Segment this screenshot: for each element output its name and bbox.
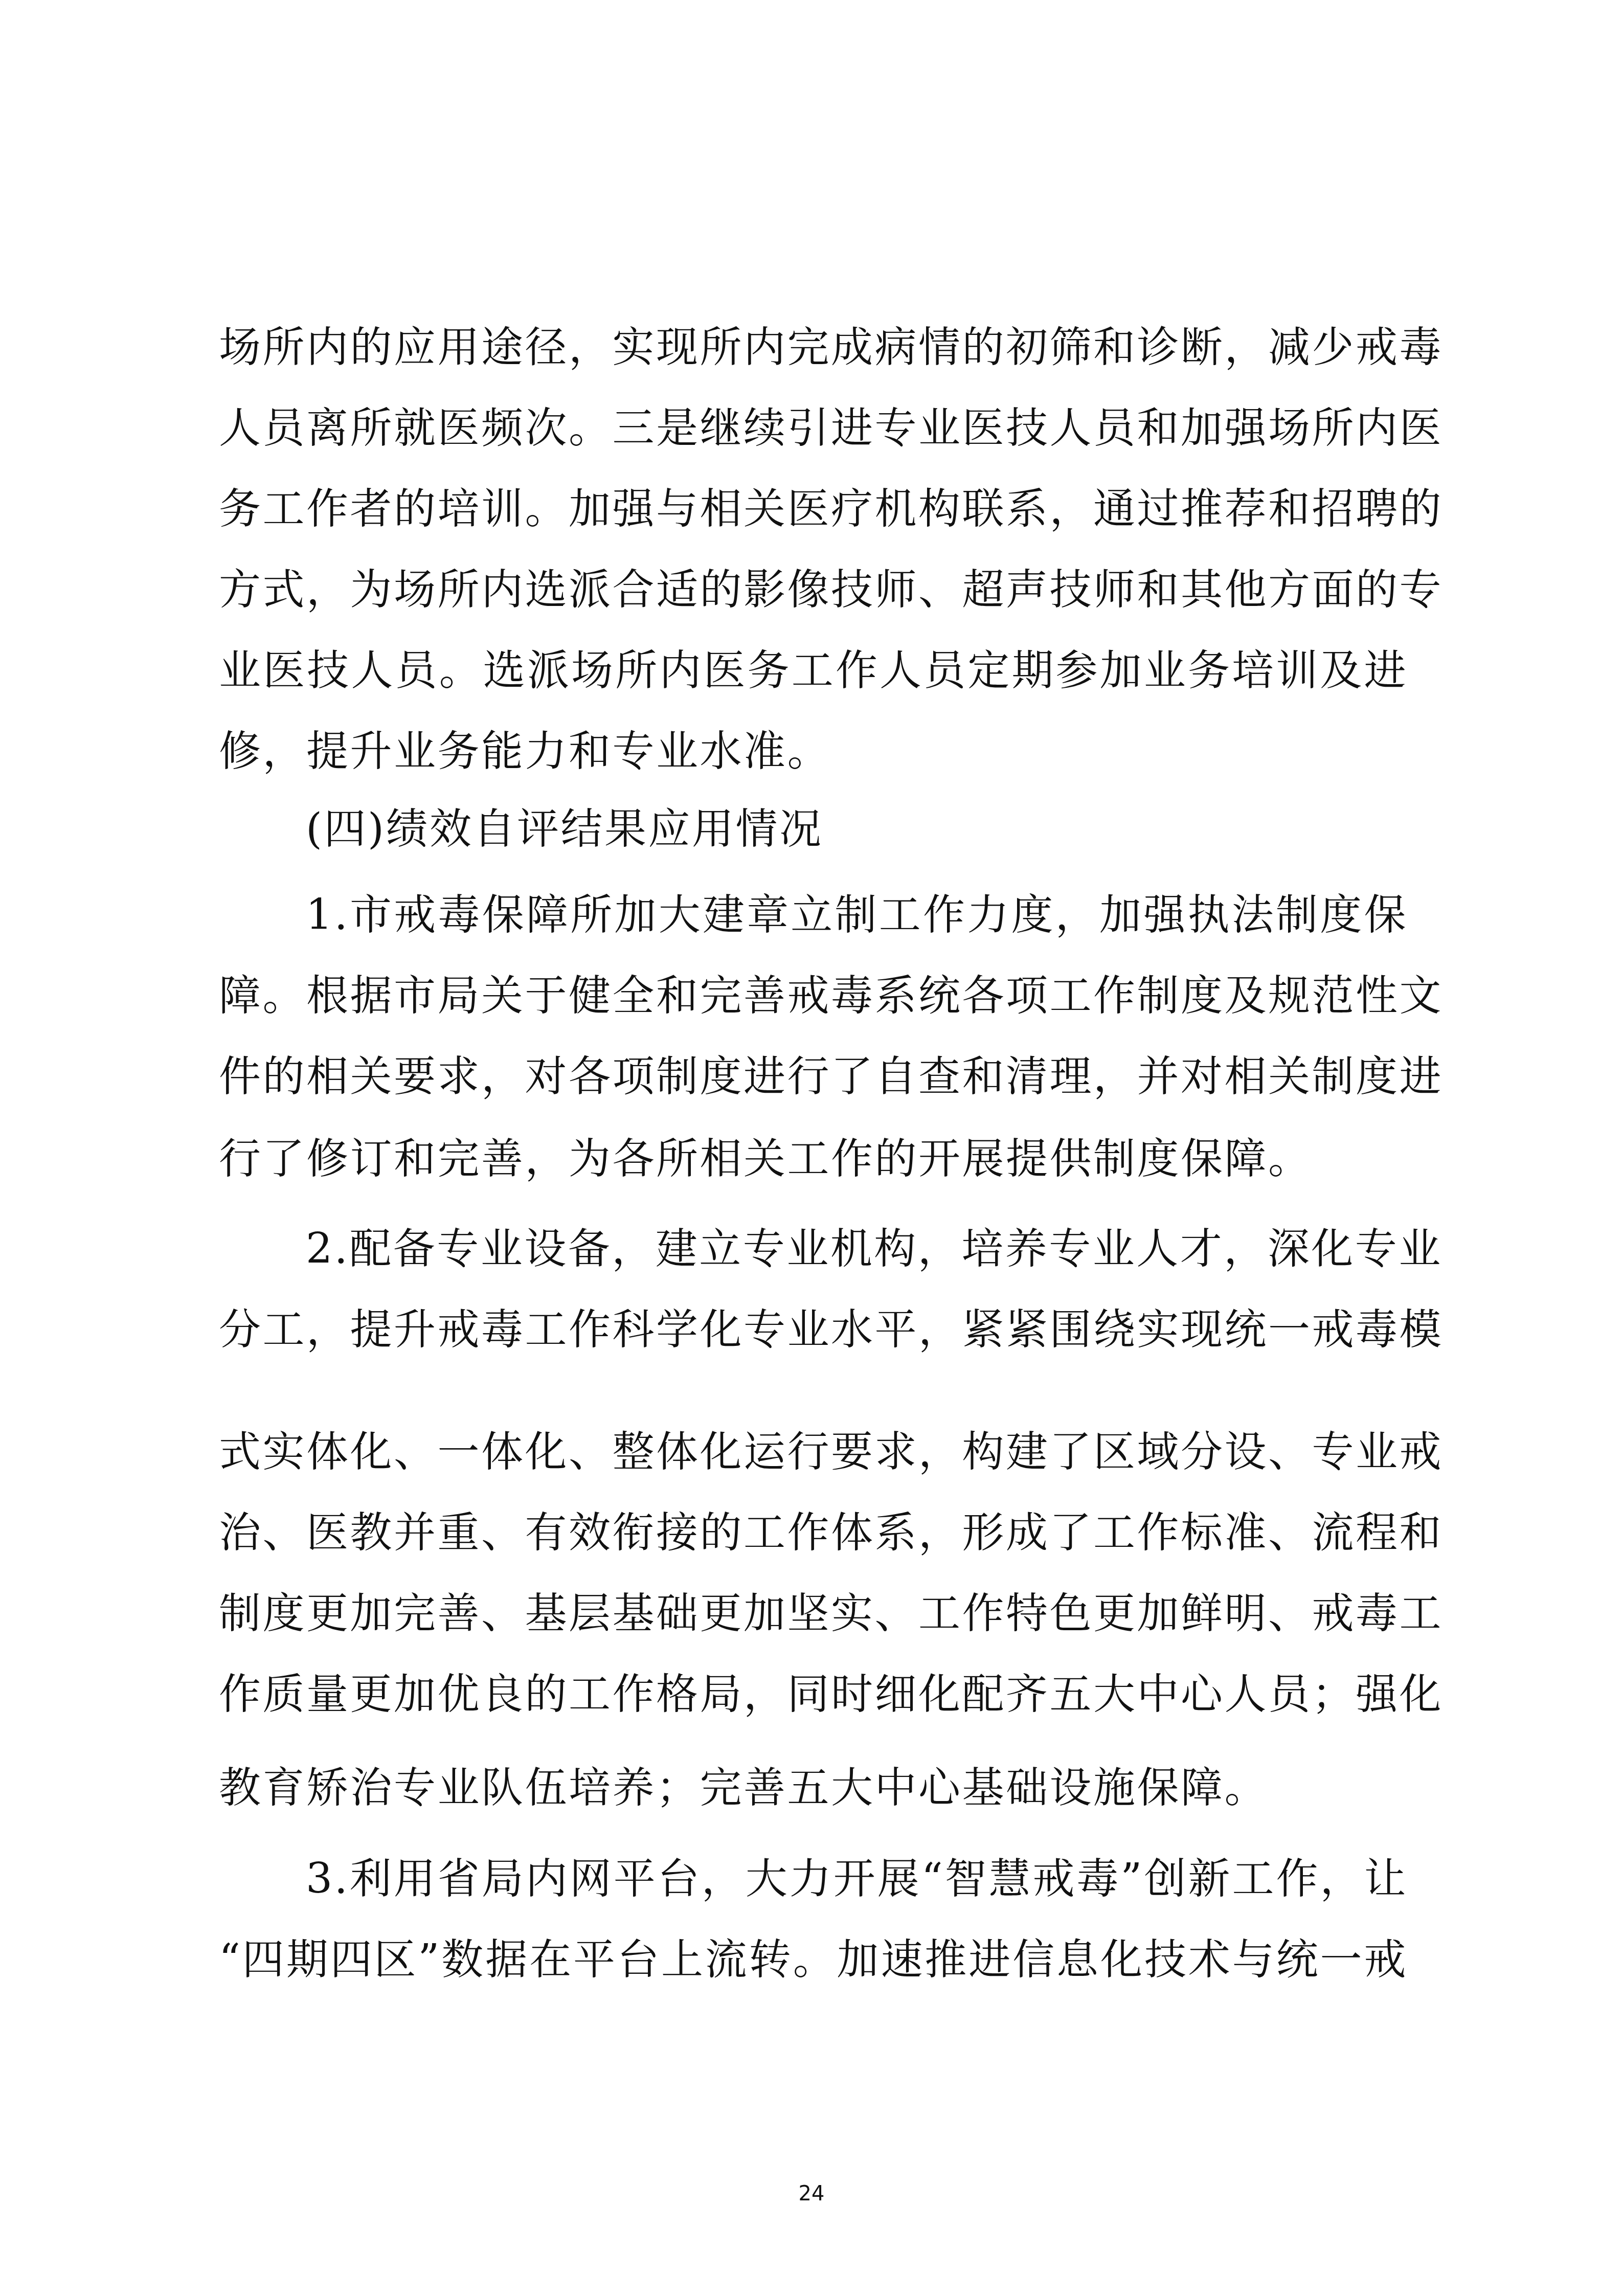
paragraph-line: “四期四区”数据在平台上流转。加速推进信息化技术与统一戒	[219, 1932, 1408, 1988]
paragraph-line: 1.市戒毒保障所加大建章立制工作力度，加强执法制度保	[306, 887, 1408, 943]
paragraph-line: 人员离所就医频次。三是继续引进专业医技人员和加强场所内医	[219, 400, 1408, 457]
page-number: 24	[0, 2181, 1623, 2207]
paragraph-line: 作质量更加优良的工作格局，同时细化配齐五大中心人员；强化	[219, 1667, 1408, 1723]
paragraph-line: 分工，提升戒毒工作科学化专业水平，紧紧围绕实现统一戒毒模	[219, 1302, 1408, 1358]
paragraph-line: 障。根据市局关于健全和完善戒毒系统各项工作制度及规范性文	[219, 968, 1408, 1024]
paragraph-line: 3.利用省局内网平台，大力开展“智慧戒毒”创新工作，让	[306, 1851, 1408, 1907]
paragraph-line: 治、医教并重、有效衔接的工作体系，形成了工作标准、流程和	[219, 1505, 1408, 1561]
section-heading: (四)绩效自评结果应用情况	[306, 801, 823, 858]
paragraph-line: 行了修订和完善，为各所相关工作的开展提供制度保障。	[219, 1131, 1312, 1187]
paragraph-line: 业医技人员。选派场所内医务工作人员定期参加业务培训及进	[219, 643, 1408, 699]
paragraph-line: 件的相关要求，对各项制度进行了自查和清理，并对相关制度进	[219, 1049, 1408, 1105]
paragraph-line: 制度更加完善、基层基础更加坚实、工作特色更加鲜明、戒毒工	[219, 1586, 1408, 1642]
paragraph-line: 方式，为场所内选派合适的影像技师、超声技师和其他方面的专	[219, 562, 1408, 618]
paragraph-line: 教育矫治专业队伍培养；完善五大中心基础设施保障。	[219, 1760, 1268, 1816]
document-page: 场所内的应用途径，实现所内完成病情的初筛和诊断，减少戒毒 人员离所就医频次。三是…	[0, 0, 1623, 2296]
paragraph-line: 式实体化、一体化、整体化运行要求，构建了区域分设、专业戒	[219, 1424, 1408, 1480]
paragraph-line: 场所内的应用途径，实现所内完成病情的初筛和诊断，减少戒毒	[219, 320, 1408, 376]
paragraph-line: 2.配备专业设备，建立专业机构，培养专业人才，深化专业	[306, 1221, 1408, 1277]
paragraph-line: 务工作者的培训。加强与相关医疗机构联系，通过推荐和招聘的	[219, 481, 1408, 537]
paragraph-line: 修，提升业务能力和专业水准。	[219, 724, 831, 780]
